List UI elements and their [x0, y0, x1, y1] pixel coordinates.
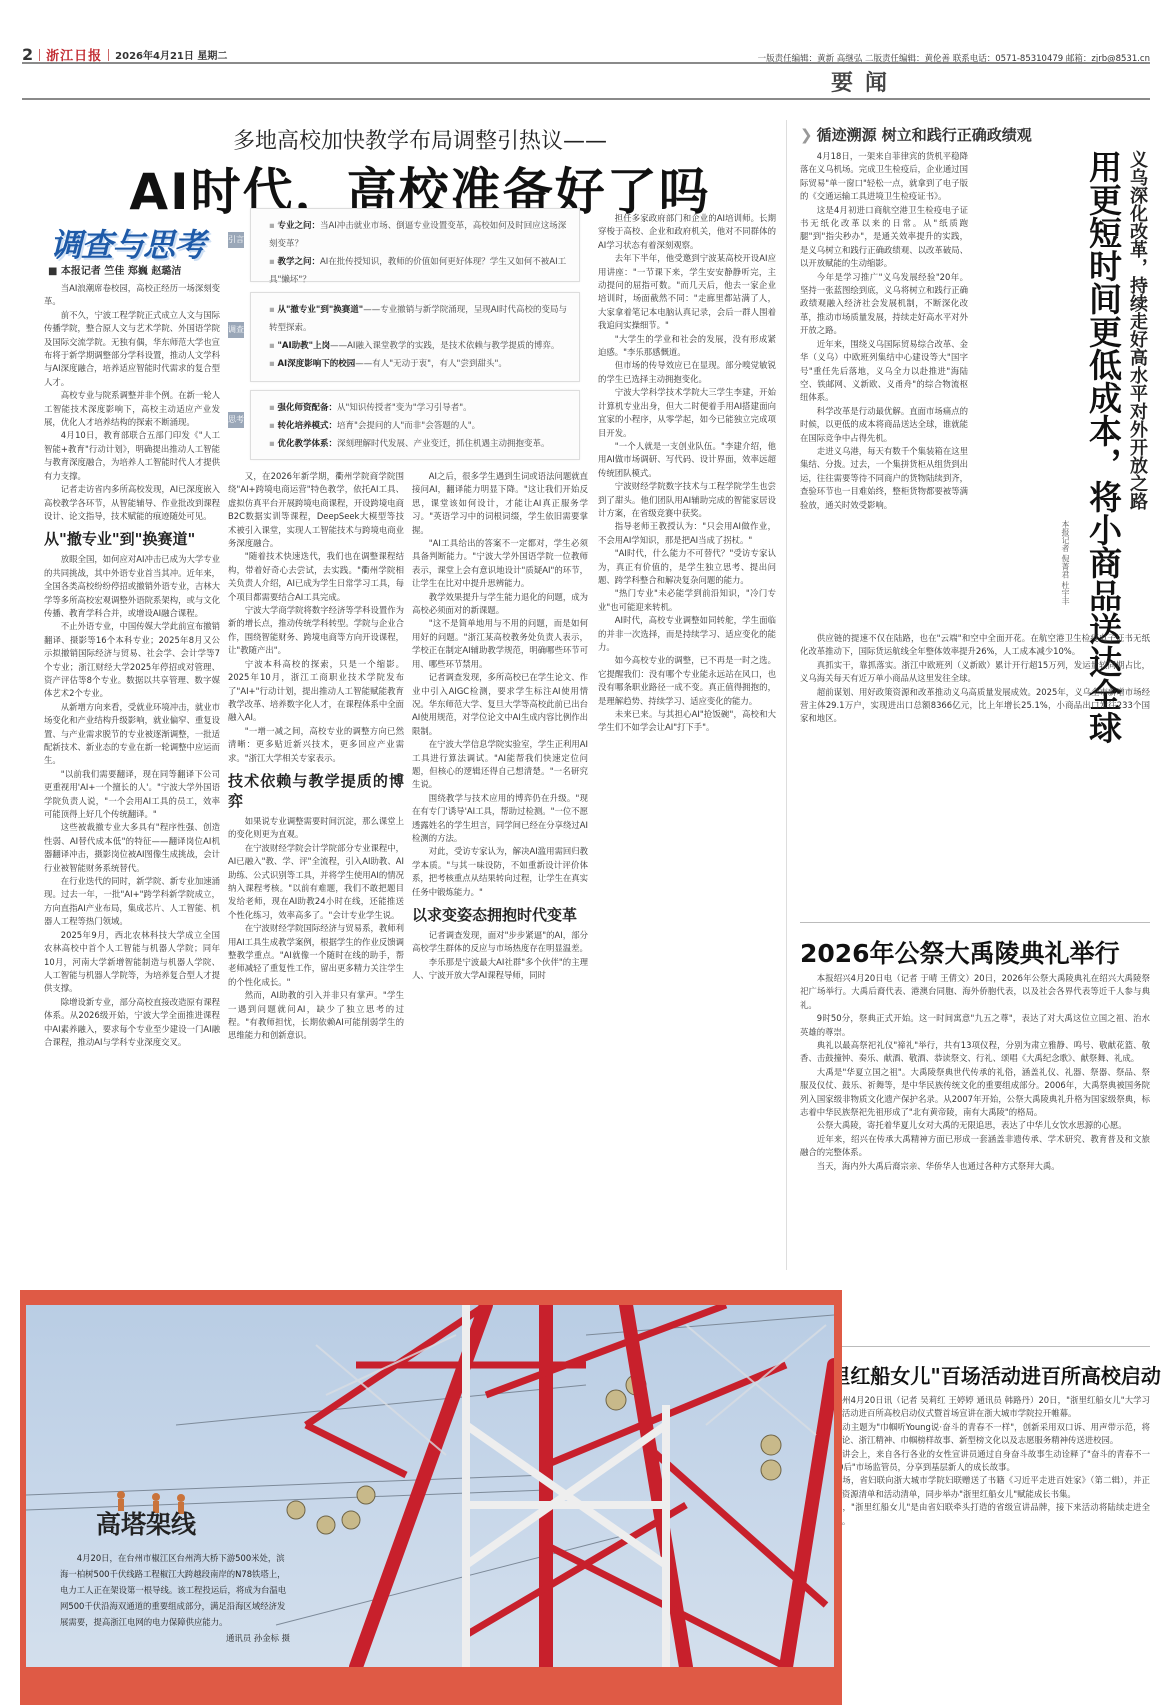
feature-subtitle: 义乌深化改革，持续走好高水平对外开放之路: [1122, 150, 1148, 510]
article-kicker: 多地高校加快教学布局调整引热议——: [0, 124, 840, 155]
tower-photo: 高塔架线 4月20日，在台州市椒江区台州湾大桥下游500米处，滨海一柏树500千…: [26, 1305, 834, 1667]
article-column-2: 又，在2026年新学期，衢州学院商学院围绕"AI+跨境电商运营"特色教学，依托A…: [228, 470, 404, 1282]
story-divider: [800, 922, 1150, 923]
section-title: 要闻: [0, 66, 1170, 97]
photo-credit: 通讯员 孙金标 摄: [60, 1630, 290, 1646]
article-column-3: AI之后，很多学生遇到生词或语法问题就直接问AI，翻译能力明显下降。"这让我们开…: [412, 470, 588, 1282]
photo-title: 高塔架线: [96, 1505, 196, 1541]
box-item: "AI助教"上岗——AI融入课堂教学的实践，是技术依赖与教学提质的博弈。: [269, 337, 569, 355]
box-item: 优化教学体系：深刻理解时代发展、产业变迁，抓住机遇主动拥抱变革。: [269, 435, 569, 453]
box-item: AI深度影响下的校园——有人"无动于衷"，有人"尝到甜头"。: [269, 355, 569, 373]
feature-body-top: 4月18日，一架来自菲律宾的货机平稳降落在义乌机场。完成卫生检疫后，企业通过国际…: [800, 150, 968, 630]
story-headline-dayu: 2026年公祭大禹陵典礼举行: [800, 934, 1120, 970]
feature-byline: 本报记者 倪菁君 杜宇丰: [1060, 520, 1071, 605]
story-divider: [800, 1346, 1150, 1347]
photo-caption: 4月20日，在台州市椒江区台州湾大桥下游500米处，滨海一柏树500千伏线路工程…: [60, 1550, 290, 1646]
subheading: 从"撤专业"到"换赛道": [44, 529, 220, 549]
column-logo: 调查与思考: [50, 220, 205, 266]
article-column-1: 当AI浪潮席卷校园，高校正经历一场深刻变革。 前不久，宁波工程学院正式成立人文与…: [44, 282, 220, 1282]
separator: [39, 49, 40, 61]
separator: [108, 49, 109, 61]
chevron-right-icon: ❯: [800, 126, 813, 144]
box-survey: 从"撤专业"到"换赛道"——专业撤销与新学院涌现，呈现AI时代高校的变局与转型探…: [250, 292, 580, 382]
feature-rubric: ❯循迹溯源 树立和践行正确政绩观: [800, 124, 1150, 145]
masthead: 2 浙江日报 2026年4月21日 星期二 一版责任编辑：黄新 高继弘 二版责任…: [22, 44, 1150, 64]
masthead-rule: [22, 62, 1150, 64]
story-headline-redboat: "浙里红船女儿"百场活动进百所高校启动: [800, 1360, 1161, 1389]
box-tag-think: 思考: [228, 412, 244, 428]
article-byline: ■ 本报记者 竺佳 郑巍 赵璐洁: [48, 262, 181, 277]
section-rule: [22, 98, 1150, 100]
box-item: 转化培养模式：培育"会提问的人"而非"会答题的人"。: [269, 417, 569, 435]
box-item: 专业之问：当AI冲击就业市场、倒逼专业设置变革，高校如何及时回应这场深刻变革？: [269, 217, 569, 253]
box-item: 从"撤专业"到"换赛道"——专业撤销与新学院涌现，呈现AI时代高校的变局与转型探…: [269, 301, 569, 337]
box-tag-survey: 调查: [228, 322, 244, 338]
subheading: 以求变姿态拥抱时代变革: [412, 905, 588, 925]
box-questions: 专业之问：当AI冲击就业市场、倒逼专业设置变革，高校如何及时回应这场深刻变革？ …: [250, 208, 580, 282]
feature-body-bottom: 供应链的提速不仅在陆路，也在"云端"和空中全面开花。在航空港卫生检疫电子证书无纸…: [800, 632, 1150, 902]
box-item: 教学之问：AI在批传授知识，教师的价值如何更好体现？学生又如何不被AI工具"懒坏…: [269, 253, 569, 289]
box-think: 强化师资配备：从"知识传授者"变为"学习引导者"。 转化培养模式：培育"会提问的…: [250, 390, 580, 460]
story-body-dayu: 本报绍兴4月20日电（记者 于晴 王倩文）20日，2026年公祭大禹陵典礼在绍兴…: [800, 972, 1150, 1324]
article-column-4: 担任多家政府部门和企业的AI培训师。长期穿梭于高校、企业和政府机关，他对不同群体…: [598, 212, 776, 1282]
story-body-redboat: 本报杭州4月20日讯（记者 吴莉红 王婷婷 通讯员 韩路丹）20日，"浙里红船女…: [800, 1394, 1150, 1684]
column-divider: [786, 120, 787, 1270]
subheading: 技术依赖与教学提质的博弈: [228, 771, 404, 811]
box-item: 强化师资配备：从"知识传授者"变为"学习引导者"。: [269, 399, 569, 417]
box-tag-intro: 引言: [228, 232, 244, 248]
issue-date: 2026年4月21日 星期二: [115, 47, 227, 62]
